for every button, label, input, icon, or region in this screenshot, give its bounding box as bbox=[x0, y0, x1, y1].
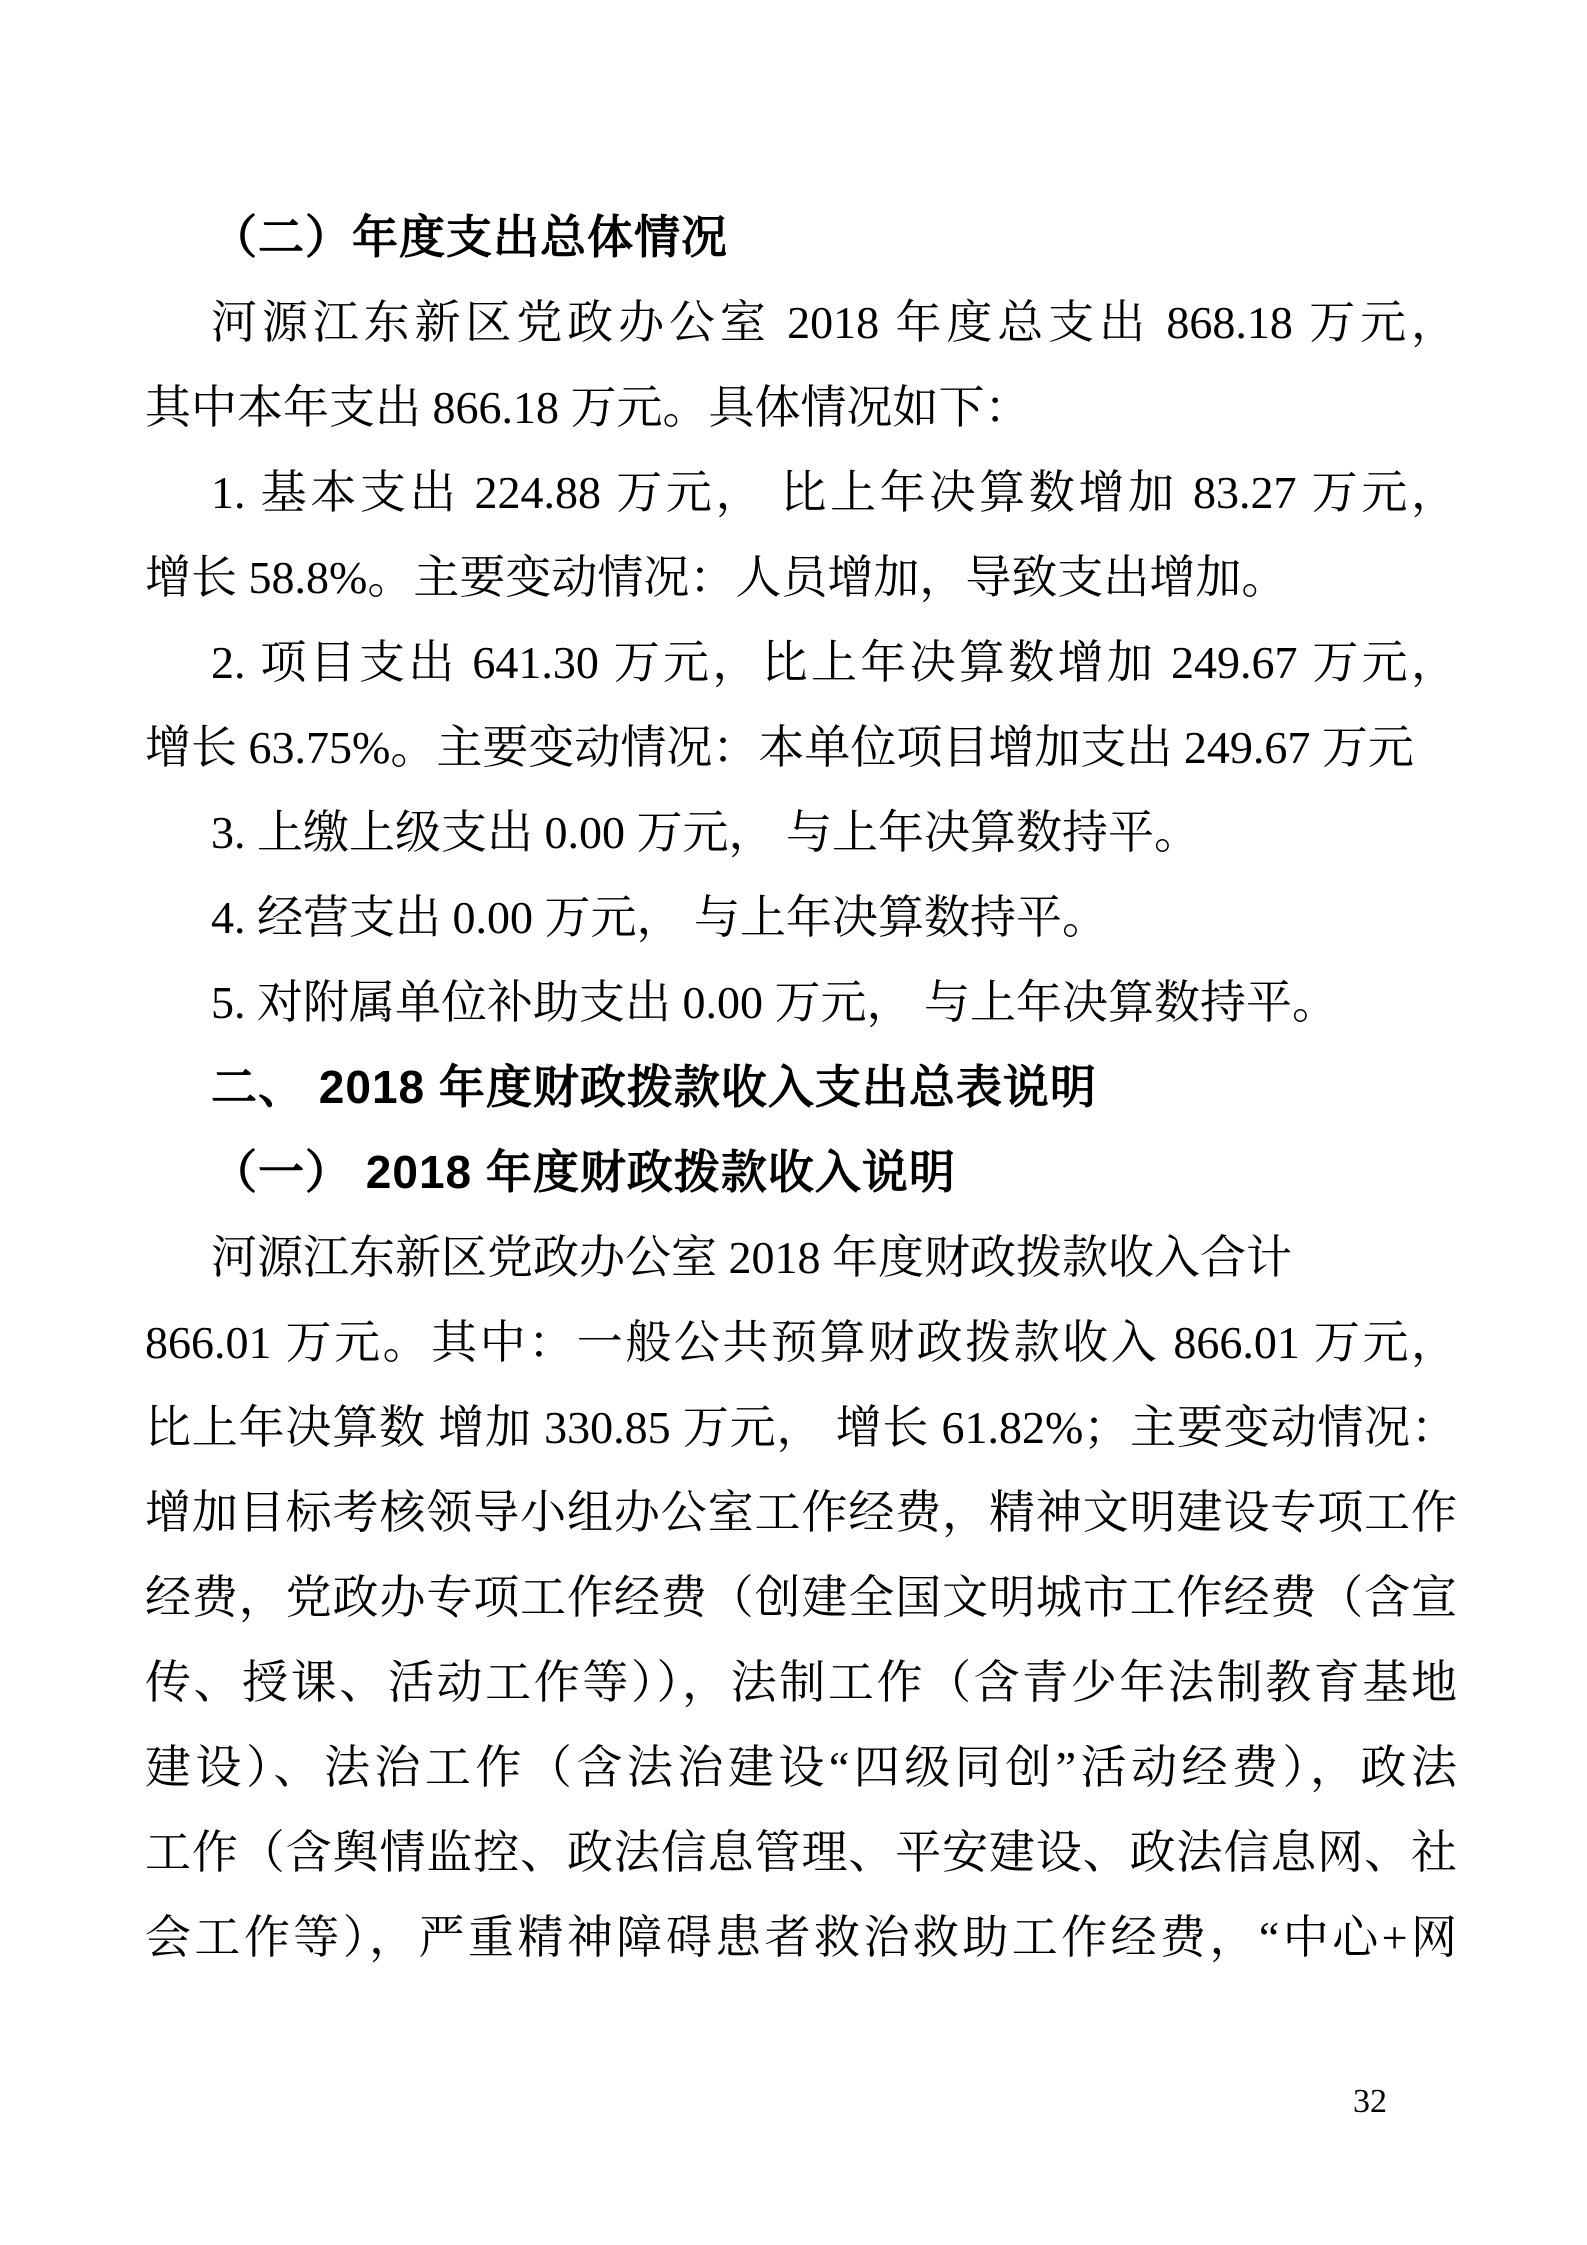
document-page: （二）年度支出总体情况河源江东新区党政办公室 2018 年度总支出 868.18… bbox=[0, 0, 1587, 2245]
paragraph: 1. 基本支出 224.88 万元， 比上年决算数增加 83.27 万元，增长 … bbox=[145, 450, 1457, 620]
text-line: 增长 58.8%。主要变动情况：人员增加，导致支出增加。 bbox=[145, 535, 1457, 620]
text-line: 2. 项目支出 641.30 万元，比上年决算数增加 249.67 万元， bbox=[145, 620, 1457, 705]
heading: 二、 2018 年度财政拨款收入支出总表说明 bbox=[145, 1045, 1457, 1130]
text-line: 二、 2018 年度财政拨款收入支出总表说明 bbox=[145, 1045, 1457, 1130]
paragraph: 2. 项目支出 641.30 万元，比上年决算数增加 249.67 万元，增长 … bbox=[145, 620, 1457, 790]
text-line: 河源江东新区党政办公室 2018 年度财政拨款收入合计 bbox=[145, 1215, 1457, 1300]
paragraph: 3. 上缴上级支出 0.00 万元， 与上年决算数持平。 bbox=[145, 790, 1457, 875]
heading: （一） 2018 年度财政拨款收入说明 bbox=[145, 1130, 1457, 1215]
text-line: （一） 2018 年度财政拨款收入说明 bbox=[145, 1130, 1457, 1215]
text-line: （二）年度支出总体情况 bbox=[145, 195, 1457, 280]
paragraph: 河源江东新区党政办公室 2018 年度财政拨款收入合计866.01 万元。其中：… bbox=[145, 1215, 1457, 1980]
page-number: 32 bbox=[1353, 2082, 1387, 2122]
paragraph: 河源江东新区党政办公室 2018 年度总支出 868.18 万元，其中本年支出 … bbox=[145, 280, 1457, 450]
heading: （二）年度支出总体情况 bbox=[145, 195, 1457, 280]
text-line: 河源江东新区党政办公室 2018 年度总支出 868.18 万元， bbox=[145, 280, 1457, 365]
text-line: 增加目标考核领导小组办公室工作经费，精神文明建设专项工作 bbox=[145, 1470, 1457, 1555]
document-body: （二）年度支出总体情况河源江东新区党政办公室 2018 年度总支出 868.18… bbox=[145, 195, 1457, 1980]
text-line: 3. 上缴上级支出 0.00 万元， 与上年决算数持平。 bbox=[145, 790, 1457, 875]
paragraph: 4. 经营支出 0.00 万元， 与上年决算数持平。 bbox=[145, 875, 1457, 960]
text-line: 经费，党政办专项工作经费（创建全国文明城市工作经费（含宣 bbox=[145, 1555, 1457, 1640]
paragraph: 5. 对附属单位补助支出 0.00 万元， 与上年决算数持平。 bbox=[145, 960, 1457, 1045]
text-line: 建设）、法治工作（含法治建设“四级同创”活动经费），政法 bbox=[145, 1725, 1457, 1810]
text-line: 5. 对附属单位补助支出 0.00 万元， 与上年决算数持平。 bbox=[145, 960, 1457, 1045]
text-line: 比上年决算数 增加 330.85 万元， 增长 61.82%；主要变动情况： bbox=[145, 1385, 1457, 1470]
text-line: 传、授课、活动工作等）），法制工作（含青少年法制教育基地 bbox=[145, 1640, 1457, 1725]
text-line: 1. 基本支出 224.88 万元， 比上年决算数增加 83.27 万元， bbox=[145, 450, 1457, 535]
text-line: 866.01 万元。其中：一般公共预算财政拨款收入 866.01 万元， bbox=[145, 1300, 1457, 1385]
text-line: 会工作等），严重精神障碍患者救治救助工作经费，“中心+网 bbox=[145, 1895, 1457, 1980]
text-line: 其中本年支出 866.18 万元。具体情况如下： bbox=[145, 365, 1457, 450]
text-line: 4. 经营支出 0.00 万元， 与上年决算数持平。 bbox=[145, 875, 1457, 960]
text-line: 工作（含舆情监控、政法信息管理、平安建设、政法信息网、社 bbox=[145, 1810, 1457, 1895]
text-line: 增长 63.75%。主要变动情况：本单位项目增加支出 249.67 万元 bbox=[145, 705, 1457, 790]
